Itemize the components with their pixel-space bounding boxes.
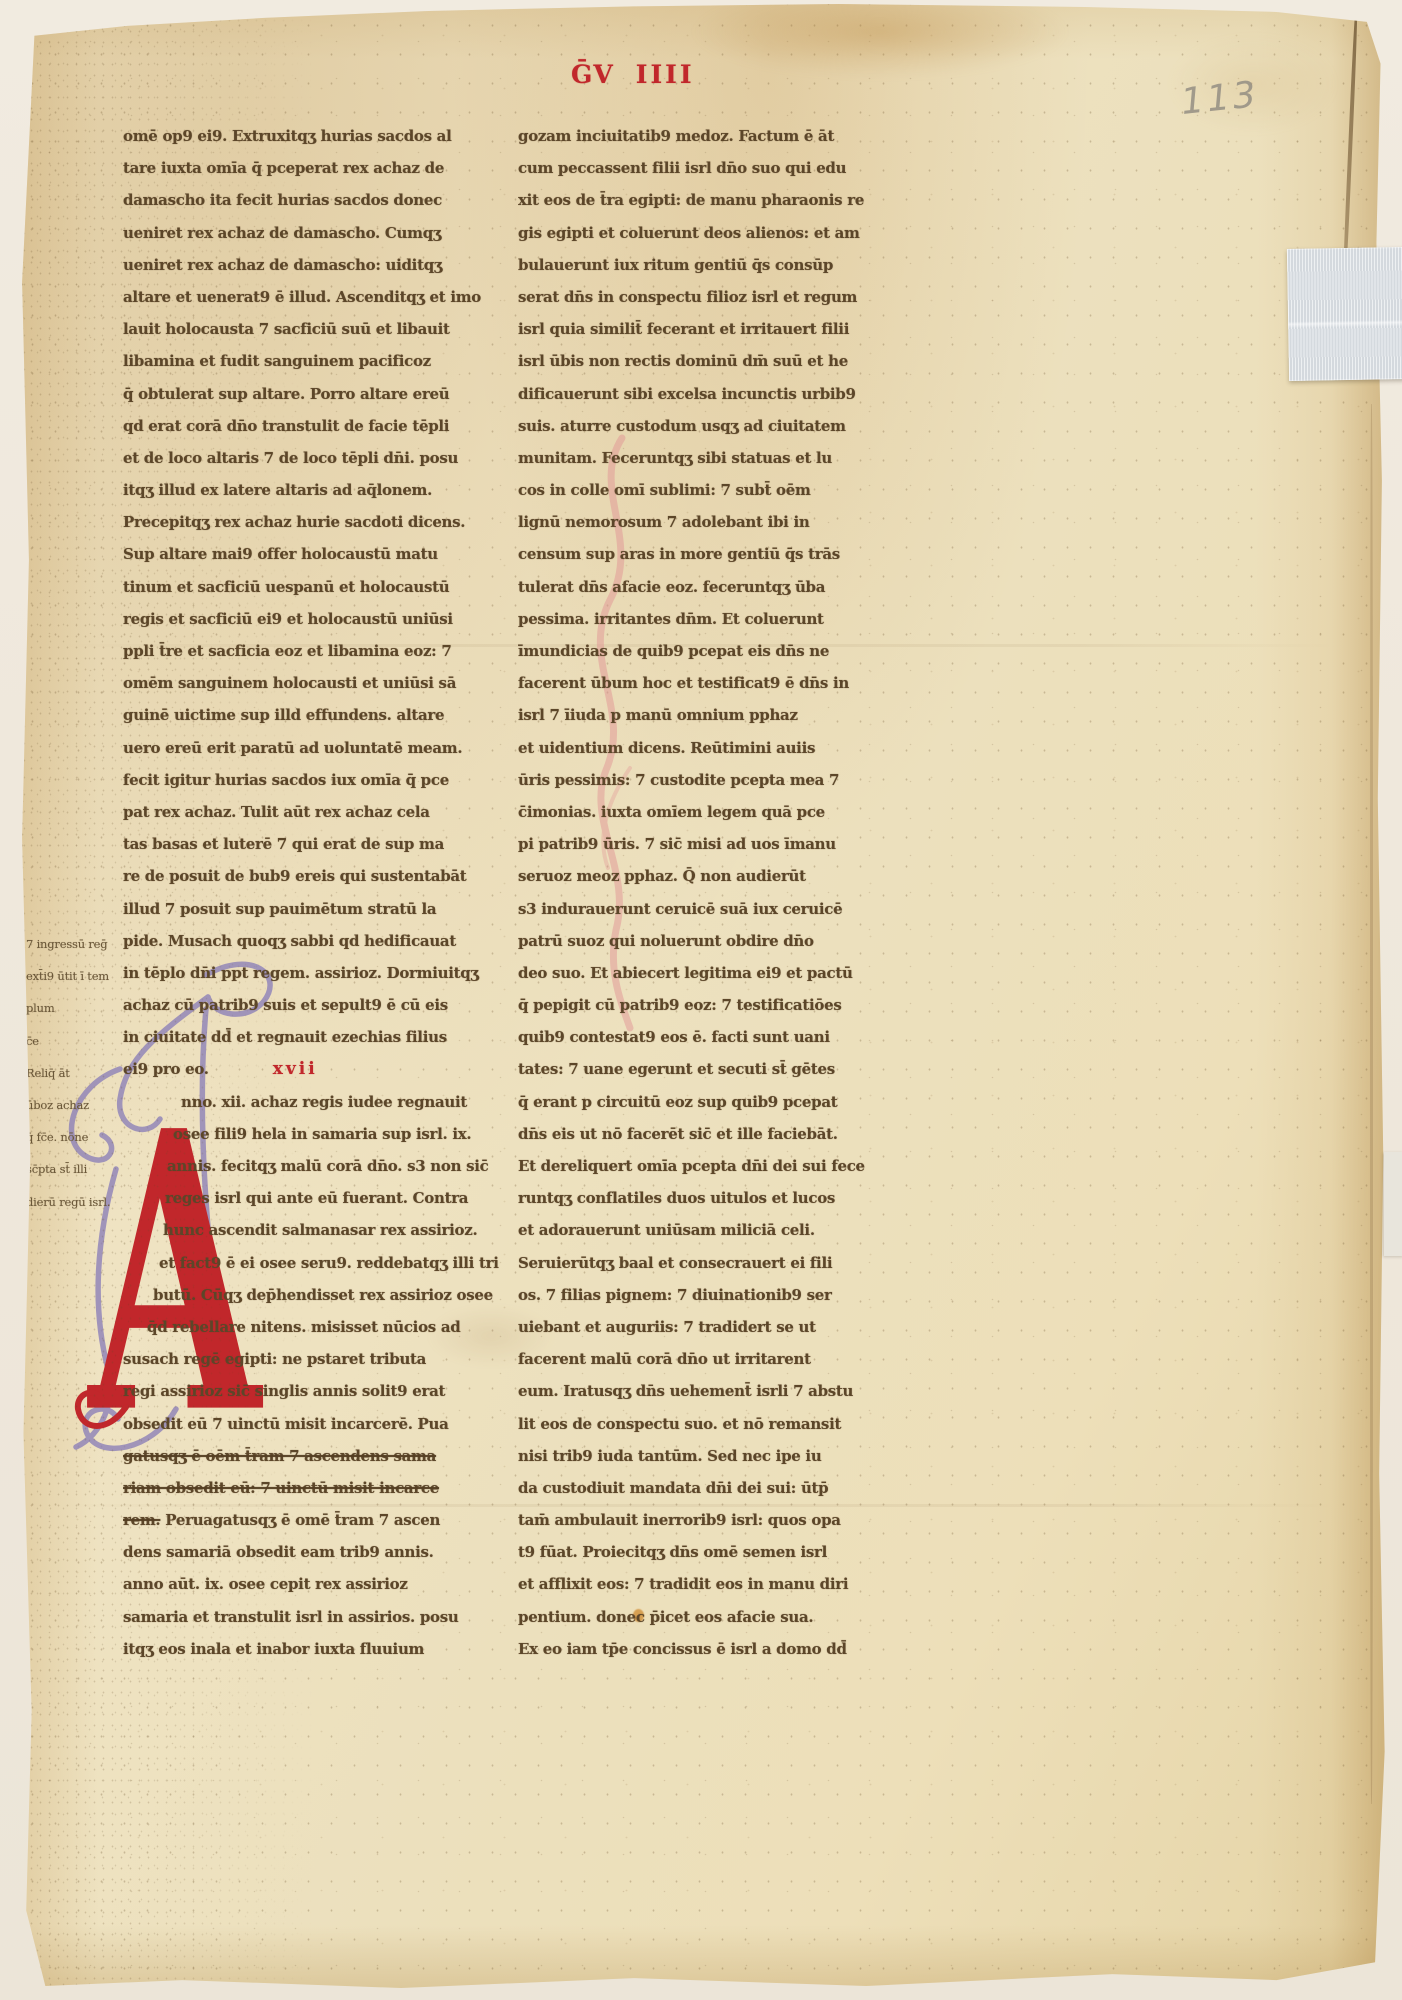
text-line: tam̄ ambulauit inerrorib9 isrl: quos opa: [518, 1504, 924, 1536]
text-line: Precepitqʒ rex achaz hurie sacdoti dicen…: [123, 506, 529, 538]
text-line: patrū suoz qui noluerunt obdire dn̄o: [518, 925, 924, 957]
text-line: q̄d rebellare nitens. misisset nūcios ad: [123, 1311, 529, 1343]
text-line: susach regē egipti: ne pstaret tributa: [123, 1343, 529, 1375]
repair-tape: [1287, 247, 1402, 381]
text-line: eum. Iratusqʒ dn̄s uehement̄ isrli 7 abs…: [518, 1375, 924, 1407]
text-line: īmundicias de quib9 pcepat eis dn̄s ne: [518, 635, 924, 667]
text-line: rem. Peruagatusqʒ ē omē t̄ram 7 ascen: [123, 1504, 529, 1536]
text-line: in tēplo dn̄i ppt regem. assirioz. Dormi…: [123, 957, 529, 989]
photo-canvas: { "page": { "running_title": { "book": "…: [0, 0, 1402, 2000]
text-line: pentium. donec p̄icet eos afacie sua.: [518, 1601, 924, 1633]
text-line: tinum et sacficiū uespanū et holocaustū: [123, 571, 529, 603]
text-line: omēm sanguinem holocausti et uniūsi sā: [123, 667, 529, 699]
running-title-numeral: IIII: [636, 60, 695, 89]
text-line: tates: 7 uane egerunt et secuti st̄ gēte…: [518, 1053, 924, 1085]
text-line: pessima. irritantes dn̄m. Et coluerunt: [518, 603, 924, 635]
text-line: ei9 pro eo.xvii: [123, 1053, 529, 1085]
text-line: altare et uenerat9 ē illud. Ascenditqʒ e…: [123, 281, 529, 313]
text-line: obsedit eū 7 uinctū misit incarcerē. Pua: [123, 1408, 529, 1440]
text-line: lauit holocausta 7 sacficiū suū et libau…: [123, 313, 529, 345]
manuscript-leaf: ḠVIIII 113 A 7 ingre: [18, 4, 1386, 1990]
text-line: c̄imonias. iuxta omīem legem quā pce: [518, 796, 924, 828]
text-line: reges isrl qui ante eū fuerant. Contra: [123, 1182, 529, 1214]
text-line: s3 indurauerunt ceruicē suā iux ceruicē: [518, 893, 924, 925]
text-line: Ex eo iam tp̄e concissus ē isrl a domo d…: [518, 1633, 924, 1665]
text-line: isrl quia similit̄ fecerant et irritauer…: [518, 313, 924, 345]
text-line: et adorauerunt uniūsam miliciā celi.: [518, 1214, 924, 1246]
text-line: et de loco altaris 7 de loco tēpli dn̄i.…: [123, 442, 529, 474]
text-line: censum sup aras in more gentiū q̄s trās: [518, 538, 924, 570]
text-line: ueniret rex achaz de damascho: uiditqʒ: [123, 249, 529, 281]
text-line: ūris pessimis: 7 custodite pcepta mea 7: [518, 764, 924, 796]
text-line: pide. Musach quoqʒ sabbi qd hedificauat: [123, 925, 529, 957]
text-line: pat rex achaz. Tulit aūt rex achaz cela: [123, 796, 529, 828]
text-line: da custodiuit mandata dn̄i dei sui: ūtp̄: [518, 1472, 924, 1504]
text-line: gis egipti et coluerunt deos alienos: et…: [518, 217, 924, 249]
text-column-left: omē op9 ei9. Extruxitqʒ hurias sacdos al…: [123, 120, 529, 1665]
text-line: itqʒ eos inala et inabor iuxta fluuium: [123, 1633, 529, 1665]
text-line: itqʒ illud ex latere altaris ad aq̄lonem…: [123, 474, 529, 506]
text-line: re de posuit de bub9 ereis qui sustentab…: [123, 860, 529, 892]
text-line: ueniret rex achaz de damascho. Cumqʒ: [123, 217, 529, 249]
text-line: uiebant et auguriis: 7 tradidert se ut: [518, 1311, 924, 1343]
text-line: regis et sacficiū ei9 et holocaustū uniū…: [123, 603, 529, 635]
text-line: munitam. Feceruntqʒ sibi statuas et lu: [518, 442, 924, 474]
text-line: q̄ obtulerat sup altare. Porro altare er…: [123, 378, 529, 410]
text-line: tas basas et luterē 7 qui erat de sup ma: [123, 828, 529, 860]
text-line: deo suo. Et abiecert legitima ei9 et pac…: [518, 957, 924, 989]
text-line: et uidentium dicens. Reūtimini auiis: [518, 732, 924, 764]
text-line: os. 7 filias pignem: 7 diuinationib9 ser: [518, 1279, 924, 1311]
text-line: regi assirioz sic̄ singlis annis solit9 …: [123, 1375, 529, 1407]
text-line: guinē uictime sup illd effundens. altare: [123, 699, 529, 731]
text-line: Et dereliquert omīa pcepta dn̄i dei sui …: [518, 1150, 924, 1182]
text-line: isrl ūbis non rectis dominū dm̄ suū et h…: [518, 345, 924, 377]
text-line: dificauerunt sibi excelsa incunctis urbi…: [518, 378, 924, 410]
text-line: bulauerunt iux ritum gentiū q̄s consūp: [518, 249, 924, 281]
text-line: pi patrib9 ūris. 7 sic̄ misi ad uos īman…: [518, 828, 924, 860]
text-line: gozam inciuitatib9 medoz. Factum ē āt: [518, 120, 924, 152]
chapter-rubric: xvii: [273, 1059, 318, 1079]
text-line: nno. xii. achaz regis iudee regnauit: [123, 1086, 529, 1118]
text-line: fecit igitur hurias sacdos iux omīa q̄ p…: [123, 764, 529, 796]
text-line: seruoz meoz pphaz. Q̄ non audierūt: [518, 860, 924, 892]
text-line: ppli t̄re et sacficia eoz et libamina eo…: [123, 635, 529, 667]
folio-number-pencil: 113: [1179, 74, 1261, 123]
text-line: gatusqʒ ē oēm t̄ram 7 ascendens sama: [123, 1440, 529, 1472]
text-line: xit eos de t̄ra egipti: de manu pharaoni…: [518, 184, 924, 216]
text-line: facerent ūbum hoc et testificat9 ē dn̄s …: [518, 667, 924, 699]
text-line: anno aūt. ix. osee cepit rex assirioz: [123, 1568, 529, 1600]
text-line: lit eos de conspectu suo. et nō remansit: [518, 1408, 924, 1440]
text-line: serat dn̄s in conspectu filioz isrl et r…: [518, 281, 924, 313]
text-line: libamina et fudit sanguinem pacificoz: [123, 345, 529, 377]
text-line: quib9 contestat9 eos ē. facti sunt uani: [518, 1021, 924, 1053]
text-line: osee fili9 hela in samaria sup isrl. ix.: [123, 1118, 529, 1150]
text-line: riam obsedit eū: 7 uinctū misit incarce: [123, 1472, 529, 1504]
text-line: annis. fecitqʒ malū corā dn̄o. s3 non si…: [123, 1150, 529, 1182]
text-line: Sup altare mai9 offer holocaustū matu: [123, 538, 529, 570]
text-line: runtqʒ conflatiles duos uitulos et lucos: [518, 1182, 924, 1214]
text-line: q̄ erant p circuitū eoz sup quib9 pcepat: [518, 1086, 924, 1118]
text-line: tare iuxta omīa q̄ pceperat rex achaz de: [123, 152, 529, 184]
text-line: isrl 7 īiuda p manū omnium pphaz: [518, 699, 924, 731]
text-line: omē op9 ei9. Extruxitqʒ hurias sacdos al: [123, 120, 529, 152]
repair-tape-small: [1384, 1152, 1402, 1256]
text-line: cos in colle omī sublimi: 7 subt̄ oēm: [518, 474, 924, 506]
text-line: samaria et transtulit isrl in assirios. …: [123, 1601, 529, 1633]
text-line: butū. Cūqʒ dep̄hendisset rex assirioz os…: [123, 1279, 529, 1311]
text-line: illud 7 posuit sup pauimētum stratū la: [123, 893, 529, 925]
text-line: tulerat dn̄s afacie eoz. feceruntqʒ ūba: [518, 571, 924, 603]
text-line: t9 fūat. Proiecitqʒ dn̄s omē semen isrl: [518, 1536, 924, 1568]
text-line: Seruierūtqʒ baal et consecrauert ei fili: [518, 1247, 924, 1279]
text-line: hunc ascendit salmanasar rex assirioz.: [123, 1214, 529, 1246]
text-line: dens samariā obsedit eam trib9 annis.: [123, 1536, 529, 1568]
stain: [690, 0, 1070, 78]
text-line: et afflixit eos: 7 tradidit eos in manu …: [518, 1568, 924, 1600]
text-line: dn̄s eis ut nō facerēt sic̄ et ille faci…: [518, 1118, 924, 1150]
text-line: et fact9 ē ei osee seru9. reddebatqʒ ill…: [123, 1247, 529, 1279]
text-line: q̄ pepigit cū patrib9 eoz: 7 testificati…: [518, 989, 924, 1021]
text-line: lignū nemorosum 7 adolebant ibi in: [518, 506, 924, 538]
running-title: ḠVIIII: [571, 60, 695, 89]
text-line: uero ereū erit paratū ad uoluntatē meam.: [123, 732, 529, 764]
text-line: in ciuitate dd̄ et regnauit ezechias fil…: [123, 1021, 529, 1053]
text-column-right: gozam inciuitatib9 medoz. Factum ē ātcum…: [518, 120, 924, 1665]
leaf-edge-crease: [1370, 404, 1373, 1804]
running-title-book: ḠV: [571, 60, 614, 89]
text-line: qd erat corā dn̄o transtulit de facie tē…: [123, 410, 529, 442]
text-line: damascho ita fecit hurias sacdos donec: [123, 184, 529, 216]
text-line: suis. aturre custodum usqʒ ad ciuitatem: [518, 410, 924, 442]
text-line: nisi trib9 iuda tantūm. Sed nec ipe iu: [518, 1440, 924, 1472]
text-line: achaz cū patrib9 suis et sepult9 ē cū ei…: [123, 989, 529, 1021]
text-line: cum peccassent filii isrl dn̄o suo qui e…: [518, 152, 924, 184]
text-line: facerent malū corā dn̄o ut irritarent: [518, 1343, 924, 1375]
